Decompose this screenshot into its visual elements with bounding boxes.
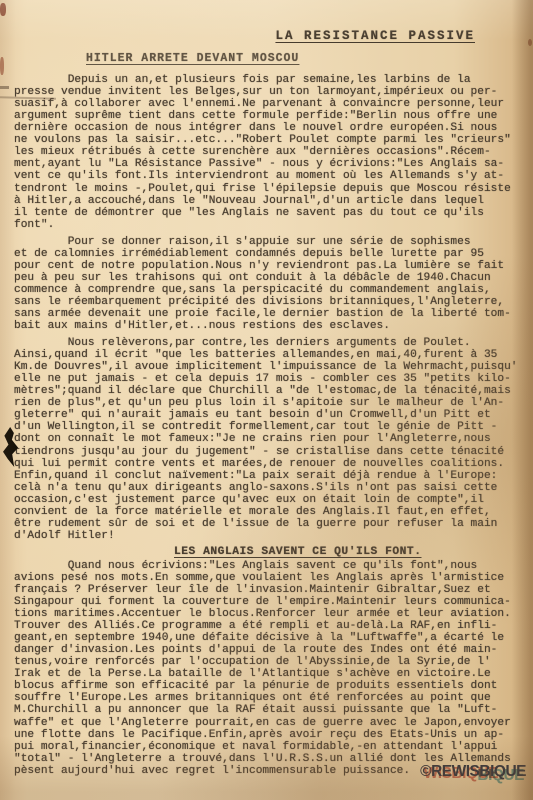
document-body: LA RESISTANCE PASSIVE HITLER ARRETE DEVA…: [0, 0, 533, 800]
scanned-page: LA RESISTANCE PASSIVE HITLER ARRETE DEVA…: [0, 0, 533, 800]
copyright-watermark: WISBIQUE BIQUE ©REWISBIQUE: [366, 763, 526, 783]
article-1-paragraph-3: Nous relèverons,par contre,les derniers …: [14, 337, 525, 542]
watermark-base-layer: ©REWISBIQUE: [420, 763, 526, 781]
article-1-paragraph-2: Pour se donner raison,il s'appuie sur un…: [14, 236, 525, 332]
article-1-paragraph-1: Depuis un an,et plusieurs fois par semai…: [14, 74, 525, 231]
page-header-title: LA RESISTANCE PASSIVE: [275, 30, 475, 42]
article-1-heading: HITLER ARRETE DEVANT MOSCOU: [86, 53, 299, 65]
article-2-paragraph-1: Quand nous écrivions:"Les Anglais savent…: [14, 560, 525, 777]
article-2-heading: LES ANGLAIS SAVENT CE QU'ILS FONT.: [174, 546, 422, 558]
